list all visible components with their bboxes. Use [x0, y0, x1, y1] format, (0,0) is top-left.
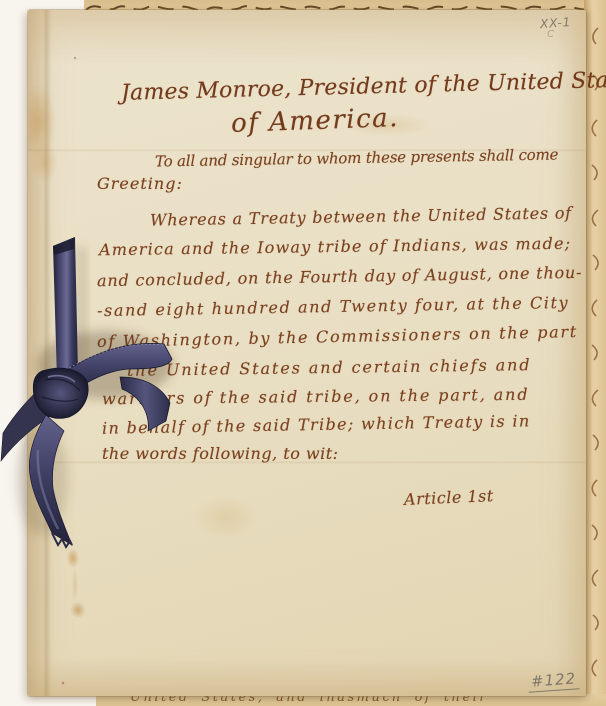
title-line-2: of America.: [231, 103, 400, 139]
salutation-line-2: Greeting:: [97, 174, 183, 193]
ribbon-vertical-band: [53, 237, 78, 378]
ribbon-shadow: [77, 247, 86, 372]
binding-ribbon: [0, 225, 200, 565]
archival-mark: C: [547, 29, 554, 40]
article-heading: Article 1st: [404, 486, 494, 509]
scanned-treaty-document: United States, and inasmuch of their Jam…: [0, 0, 606, 706]
archival-code: XX-1: [540, 15, 572, 31]
handwriting-squiggle-icon: [584, 0, 606, 706]
ribbon-tail-right: [120, 377, 170, 431]
page-number-annotation: #122: [527, 669, 579, 693]
adjacent-page-right: [584, 0, 606, 706]
